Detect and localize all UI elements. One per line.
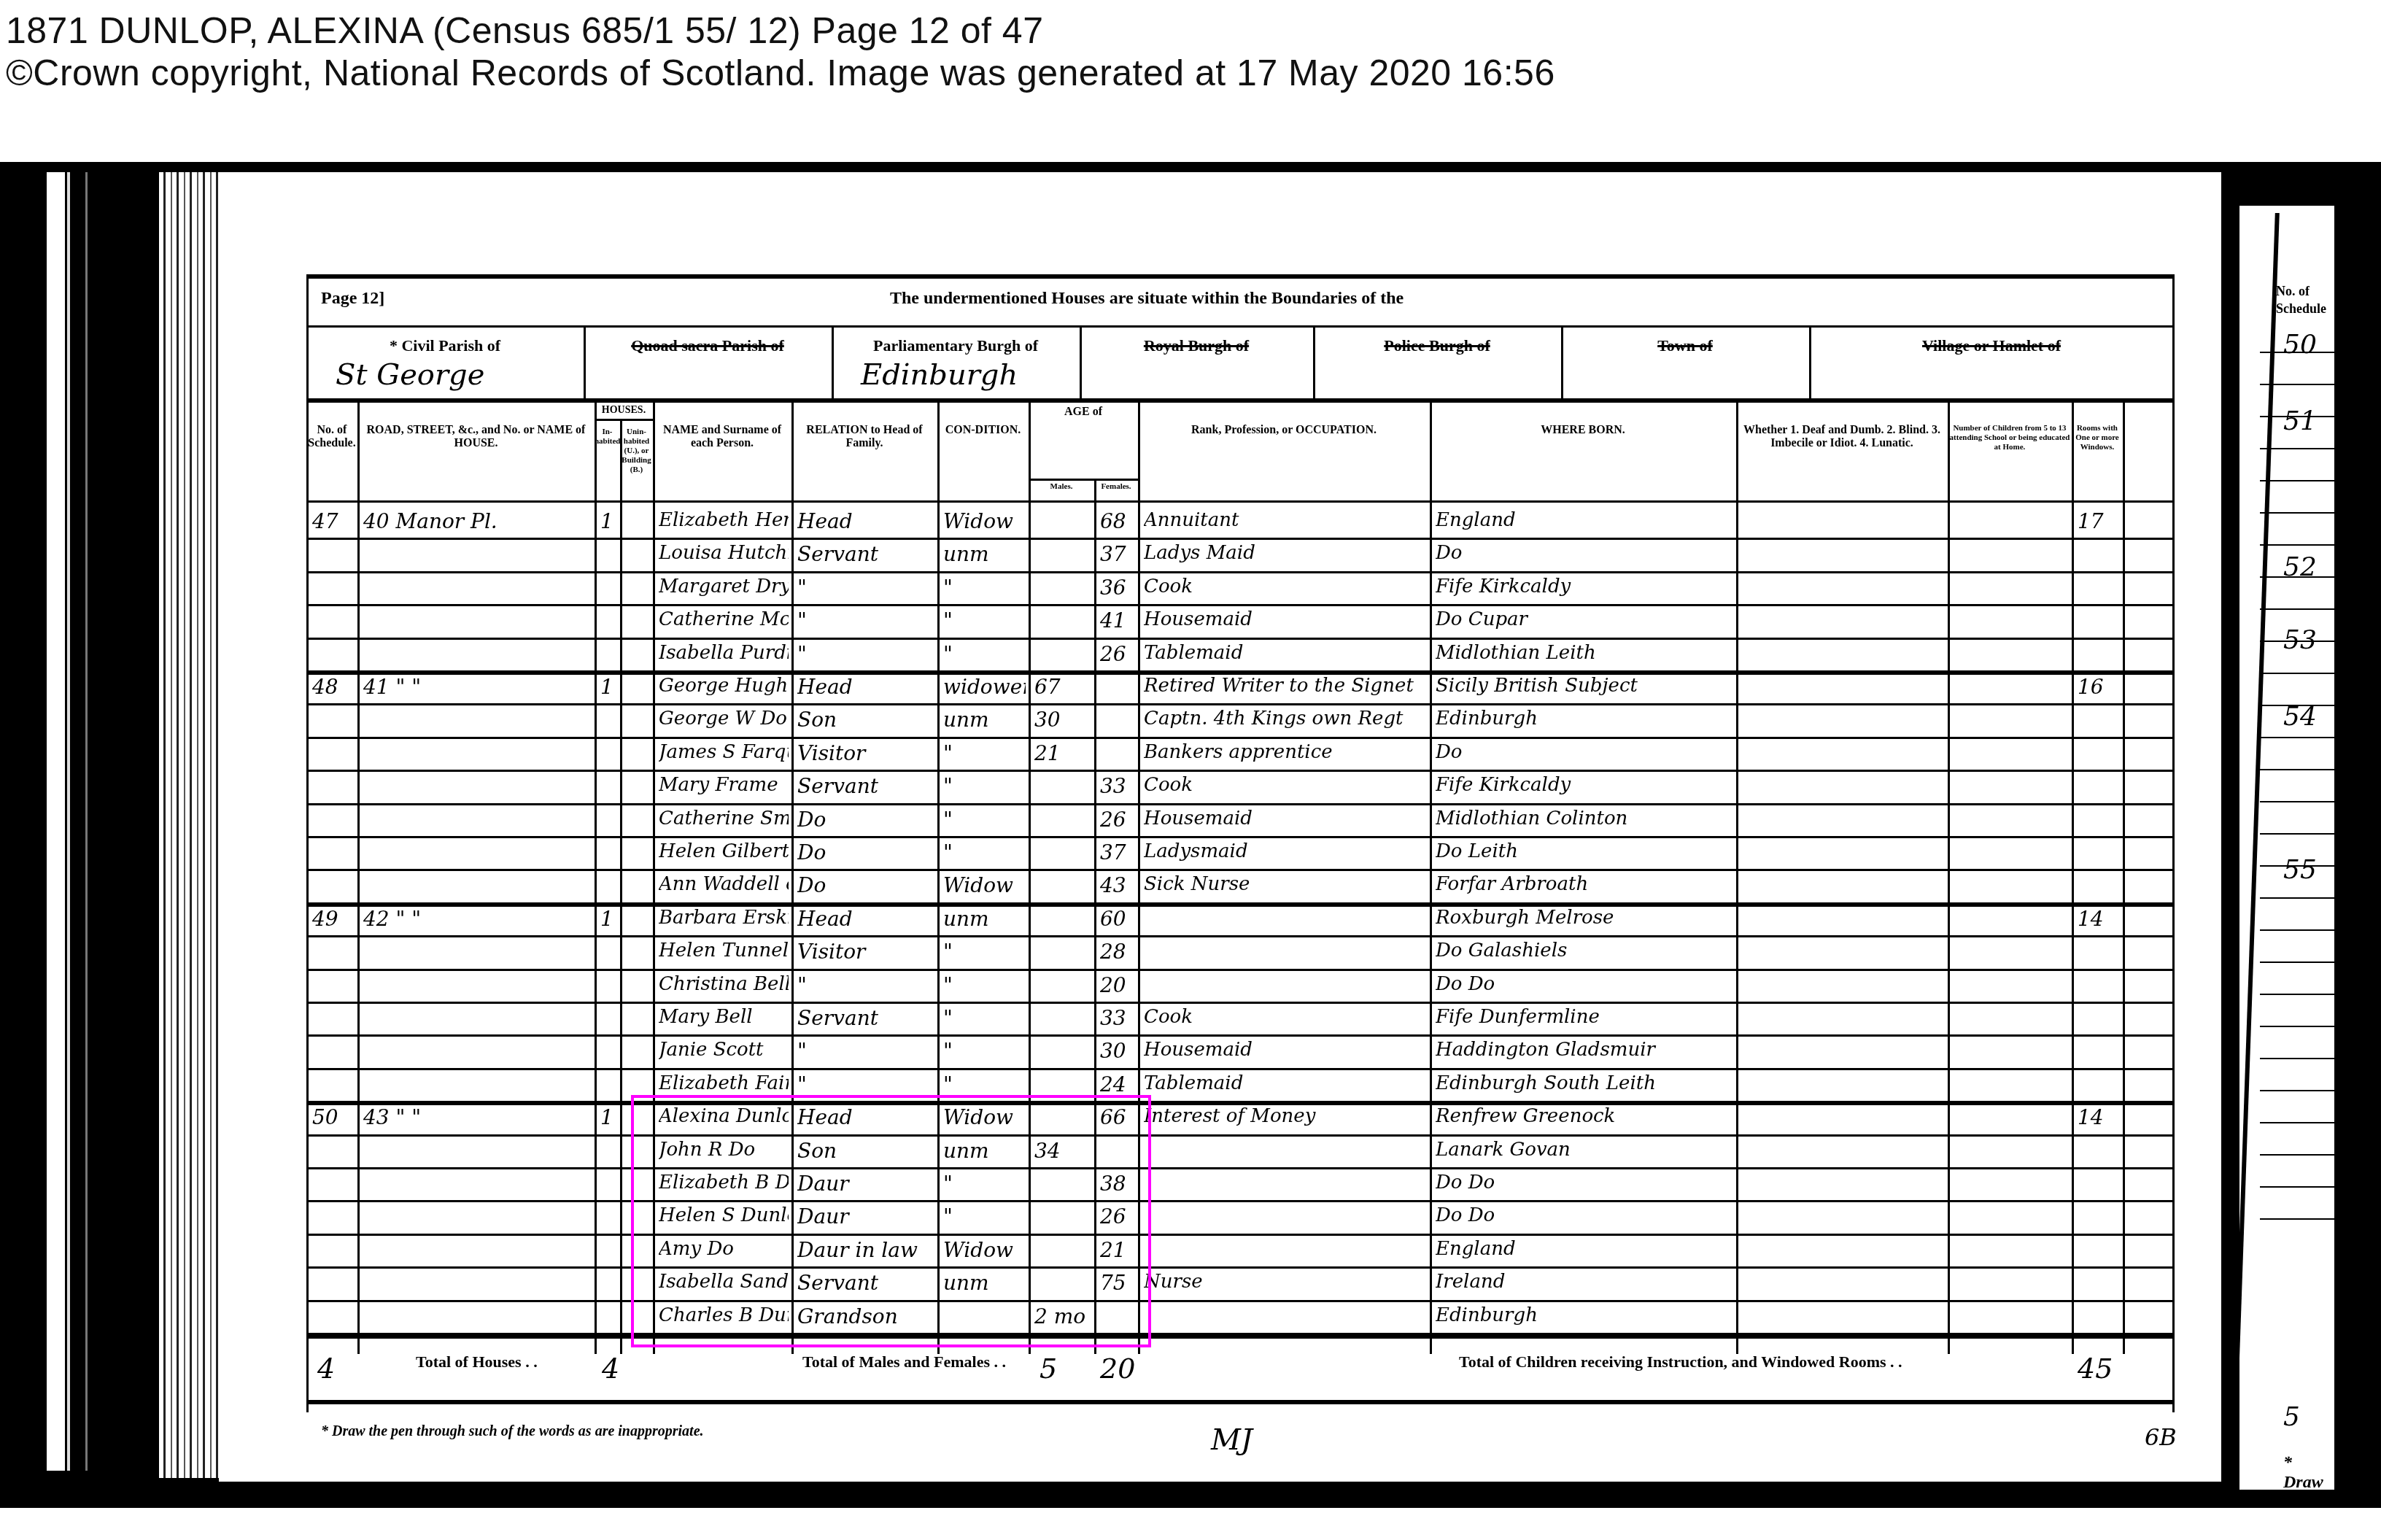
binding-strip (47, 172, 65, 1471)
cell-female-age: 37 (1100, 542, 1135, 566)
cell-condition: " (943, 576, 1026, 600)
cell-occupation: Housemaid (1144, 608, 1427, 630)
boundary-label: Quoad sacra Parish of (584, 336, 832, 355)
cell-rooms: 14 (2078, 1105, 2120, 1129)
cell-name: George W Do (659, 708, 789, 730)
cell-inhabited: 1 (600, 675, 617, 699)
cell-name: Barbara Erskine (659, 907, 789, 929)
census-row: 4841 " "1George HughesHeadwidower67Retir… (306, 672, 2174, 705)
column-header-females: Females. (1094, 482, 1138, 492)
cell-relation: Servant (797, 1271, 934, 1295)
cell-occupation: Cook (1144, 774, 1427, 796)
page-edges (159, 172, 225, 1478)
census-row: Helen Tunnell BellginVisitor"28Do Galash… (306, 937, 2174, 970)
cell-male-age: 34 (1034, 1139, 1091, 1163)
cell-where-born: Edinburgh South Leith (1436, 1072, 1733, 1094)
binding-line (67, 172, 70, 1471)
cell-where-born: Do (1436, 741, 1733, 763)
adjacent-schedule-number: 50 (2283, 330, 2317, 360)
cell-name: Charles B Dunlop (659, 1304, 789, 1326)
cell-occupation: Housemaid (1144, 1039, 1427, 1061)
cell-occupation: Sick Nurse (1144, 873, 1427, 895)
cell-relation: Do (797, 873, 934, 897)
cell-name: Elizabeth Hembigging (659, 509, 789, 531)
cell-condition: " (943, 808, 1026, 832)
cell-where-born: Forfar Arbroath (1436, 873, 1733, 895)
census-row: Catherine SmithDo"26HousemaidMidlothian … (306, 805, 2174, 837)
column-header-houses: HOUSES. (595, 404, 653, 417)
cell-condition: Widow (943, 509, 1026, 533)
boundary-label: * Civil Parish of (306, 336, 584, 355)
column-header-whether: Whether 1. Deaf and Dumb. 2. Blind. 3. I… (1736, 424, 1948, 450)
cell-schedule: 49 (312, 907, 355, 931)
cell-female-age: 21 (1100, 1238, 1135, 1262)
cell-female-age: 60 (1100, 907, 1135, 931)
cell-name: Catherine Smith (659, 808, 789, 829)
census-row: Catherine McVean""41HousemaidDo Cupar (306, 605, 2174, 638)
census-row: Helen GilbertDo"37LadysmaidDo Leith (306, 837, 2174, 870)
cell-where-born: Edinburgh (1436, 708, 1733, 730)
cell-condition: " (943, 774, 1026, 798)
column-header-occupation: Rank, Profession, or OCCUPATION. (1138, 424, 1430, 437)
cell-where-born: Do Galashiels (1436, 940, 1733, 961)
cell-male-age: 2 mo (1034, 1304, 1091, 1328)
cell-road: 41 " " (363, 675, 592, 699)
boundary-value: St George (336, 358, 484, 392)
cell-where-born: Sicily British Subject (1436, 675, 1733, 697)
cell-where-born: Edinburgh (1436, 1304, 1733, 1326)
cell-inhabited: 1 (600, 1105, 617, 1129)
cell-relation: Grandson (797, 1304, 934, 1328)
cell-female-age: 38 (1100, 1172, 1135, 1196)
cell-where-born: Fife Dunfermline (1436, 1006, 1733, 1028)
column-header-schedule: No. of Schedule. (306, 424, 357, 450)
cell-where-born: Renfrew Greenock (1436, 1105, 1733, 1127)
census-row: Isabella SandilandsServantunm75NurseIrel… (306, 1268, 2174, 1301)
cell-relation: Do (797, 840, 934, 864)
cell-female-age: 26 (1100, 642, 1135, 666)
cell-name: Mary Frame (659, 774, 789, 796)
cell-female-age: 26 (1100, 1204, 1135, 1228)
total-houses-value: 4 (602, 1353, 619, 1385)
cell-name: Margaret Drysdale (659, 576, 789, 597)
cell-where-born: Do Do (1436, 1204, 1733, 1226)
total-schedules: 4 (317, 1353, 335, 1385)
column-header-relation: RELATION to Head of Family. (791, 424, 937, 450)
cell-relation: " (797, 973, 934, 997)
cell-male-age: 67 (1034, 675, 1091, 699)
cell-relation: Head (797, 907, 934, 931)
census-row: John R DoSonunm34Lanark Govan (306, 1136, 2174, 1169)
cell-name: Louisa Hutchison (659, 542, 789, 564)
cell-relation: " (797, 1039, 934, 1063)
census-row: 5043 " "1Alexina DunlopHeadWidow66Intere… (306, 1102, 2174, 1135)
cell-occupation: Ladys Maid (1144, 542, 1427, 564)
cell-inhabited: 1 (600, 907, 617, 931)
cell-occupation: Cook (1144, 576, 1427, 597)
cell-female-age: 66 (1100, 1105, 1135, 1129)
cell-relation: Servant (797, 774, 934, 798)
cell-name: Christina Bellgin (659, 973, 789, 995)
cell-condition: Widow (943, 873, 1026, 897)
cell-name: Mary Bell (659, 1006, 789, 1028)
cell-relation: Daur (797, 1204, 934, 1228)
census-row: Isabella Purdie""26TablemaidMidlothian L… (306, 639, 2174, 672)
cell-condition: unm (943, 907, 1026, 931)
cell-condition: " (943, 741, 1026, 765)
cell-name: Helen Tunnell Bellgin (659, 940, 789, 961)
census-row: Amy DoDaur in lawWidow21England (306, 1235, 2174, 1268)
cell-condition: " (943, 1204, 1026, 1228)
binding-line (85, 172, 88, 1471)
adjacent-schedule-number: 54 (2283, 702, 2317, 732)
cell-relation: Visitor (797, 741, 934, 765)
cell-relation: Head (797, 509, 934, 533)
column-header-inhabited: In-habited. (595, 427, 620, 446)
record-title: 1871 DUNLOP, ALEXINA (Census 685/1 55/ 1… (6, 9, 1043, 53)
boundary-label: Town of (1561, 336, 1809, 355)
cell-name: Helen Gilbert (659, 840, 789, 862)
column-header-males: Males. (1029, 482, 1094, 492)
cell-relation: " (797, 1072, 934, 1096)
census-row: Ann Waddell or ScottDoWidow43Sick NurseF… (306, 870, 2174, 903)
column-header-condition: CON-DITION. (937, 424, 1029, 437)
cell-where-born: Do Do (1436, 1172, 1733, 1193)
cell-where-born: Ireland (1436, 1271, 1733, 1293)
cell-relation: " (797, 576, 934, 600)
cell-female-age: 68 (1100, 509, 1135, 533)
cell-relation: Head (797, 1105, 934, 1129)
cell-condition: unm (943, 708, 1026, 732)
census-row: 4740 Manor Pl.1Elizabeth HembiggingHeadW… (306, 506, 2174, 539)
total-males: 5 (1039, 1353, 1057, 1385)
total-children-label: Total of Children receiving Instruction,… (1459, 1353, 1902, 1371)
cell-inhabited: 1 (600, 509, 617, 533)
total-houses-label: Total of Houses . . (416, 1353, 538, 1371)
column-header-rooms: Rooms with One or more Windows. (2072, 424, 2123, 452)
column-header-where-born: WHERE BORN. (1430, 424, 1736, 437)
cell-condition: unm (943, 1271, 1026, 1295)
column-header-age: AGE of (1029, 406, 1138, 419)
census-row: George W DoSonunm30Captn. 4th Kings own … (306, 705, 2174, 738)
cell-occupation: Bankers apprentice (1144, 741, 1427, 763)
cell-name: John R Do (659, 1139, 789, 1161)
adjacent-schedule-header: No. of Schedule (2276, 282, 2334, 317)
cell-where-born: Midlothian Colinton (1436, 808, 1733, 829)
cell-condition: " (943, 840, 1026, 864)
census-scan: Page 12] The undermentioned Houses are s… (0, 162, 2381, 1508)
adjacent-schedule-number: 55 (2283, 855, 2317, 885)
census-page: Page 12] The undermentioned Houses are s… (219, 172, 2221, 1482)
cell-condition: unm (943, 542, 1026, 566)
cell-schedule: 48 (312, 675, 355, 699)
cell-name: Helen S Dunlop (659, 1204, 789, 1226)
boundary-label: Royal Burgh of (1080, 336, 1313, 355)
cell-rooms: 14 (2078, 907, 2120, 931)
cell-relation: Visitor (797, 940, 934, 964)
census-row: James S FarquharsonVisitor"21Bankers app… (306, 738, 2174, 771)
cell-where-born: Midlothian Leith (1436, 642, 1733, 664)
census-row: 4942 " "1Barbara ErskineHeadunm60Roxburg… (306, 904, 2174, 937)
cell-occupation: Nurse (1144, 1271, 1427, 1293)
cell-occupation: Housemaid (1144, 808, 1427, 829)
cell-road: 40 Manor Pl. (363, 509, 592, 533)
cell-condition: Widow (943, 1105, 1026, 1129)
cell-relation: Head (797, 675, 934, 699)
cell-condition: " (943, 1006, 1026, 1030)
page-label: Page 12] (321, 289, 384, 309)
cell-female-age: 20 (1100, 973, 1135, 997)
census-row: Helen S DunlopDaur"26Do Do (306, 1202, 2174, 1234)
cell-occupation: Retired Writer to the Signet (1144, 675, 1427, 697)
cell-rooms: 17 (2078, 509, 2120, 533)
cell-occupation: Captn. 4th Kings own Regt (1144, 708, 1427, 730)
cell-name: Alexina Dunlop (659, 1105, 789, 1127)
cell-relation: " (797, 642, 934, 666)
boundary-label: Police Burgh of (1313, 336, 1561, 355)
total-persons-label: Total of Males and Females . . (802, 1353, 1006, 1371)
cell-occupation: Interest of Money (1144, 1105, 1427, 1127)
cell-occupation: Annuitant (1144, 509, 1427, 531)
cell-name: Elizabeth Fair (659, 1072, 789, 1094)
cell-condition: unm (943, 1139, 1026, 1163)
adjacent-footnote: * Draw (2283, 1453, 2334, 1493)
cell-name: Elizabeth B Do (659, 1172, 789, 1193)
cell-condition: " (943, 608, 1026, 632)
cell-occupation: Tablemaid (1144, 1072, 1427, 1094)
cell-condition: " (943, 1172, 1026, 1196)
cell-female-age: 36 (1100, 576, 1135, 600)
cell-name: Isabella Sandilands (659, 1271, 789, 1293)
cell-road: 43 " " (363, 1105, 592, 1129)
cell-relation: Daur (797, 1172, 934, 1196)
cell-condition: " (943, 642, 1026, 666)
census-row: Elizabeth Fair""24TablemaidEdinburgh Sou… (306, 1069, 2174, 1102)
boundaries-title: The undermentioned Houses are situate wi… (890, 289, 1404, 309)
census-row: Louisa HutchisonServantunm37Ladys MaidDo (306, 539, 2174, 572)
cell-occupation: Tablemaid (1144, 642, 1427, 664)
cell-condition: " (943, 973, 1026, 997)
cell-where-born: England (1436, 1238, 1733, 1260)
cell-relation: Son (797, 708, 934, 732)
boundary-label: Parliamentary Burgh of (832, 336, 1080, 355)
enumerator-initials: MJ (1211, 1423, 1253, 1457)
cell-relation: Daur in law (797, 1238, 934, 1262)
cell-schedule: 47 (312, 509, 355, 533)
cell-female-age: 26 (1100, 808, 1135, 832)
cell-where-born: Fife Kirkcaldy (1436, 774, 1733, 796)
cell-where-born: Do Do (1436, 973, 1733, 995)
total-rooms: 45 (2078, 1353, 2113, 1385)
cell-female-age: 33 (1100, 1006, 1135, 1030)
cell-rooms: 16 (2078, 675, 2120, 699)
cell-where-born: Fife Kirkcaldy (1436, 576, 1733, 597)
cell-name: Catherine McVean (659, 608, 789, 630)
census-form: Page 12] The undermentioned Houses are s… (306, 274, 2174, 1456)
cell-where-born: Haddington Gladsmuir (1436, 1039, 1733, 1061)
cell-condition: " (943, 1039, 1026, 1063)
cell-road: 42 " " (363, 907, 592, 931)
cell-name: Janie Scott (659, 1039, 789, 1061)
census-row: Mary FrameServant"33CookFife Kirkcaldy (306, 771, 2174, 804)
column-header-road: ROAD, STREET, &c., and No. or NAME of HO… (357, 424, 595, 450)
cell-name: Isabella Purdie (659, 642, 789, 664)
column-header-children: Number of Children from 5 to 13 attendin… (1948, 424, 2072, 452)
cell-female-age: 43 (1100, 873, 1135, 897)
copyright-notice: ©Crown copyright, National Records of Sc… (6, 51, 1555, 95)
adjacent-schedule-number: 51 (2283, 406, 2317, 436)
cell-name: Ann Waddell or Scott (659, 873, 789, 895)
adjacent-total: 5 (2283, 1402, 2300, 1432)
cell-female-age: 24 (1100, 1072, 1135, 1096)
census-row: Janie Scott""30HousemaidHaddington Glads… (306, 1036, 2174, 1069)
cell-relation: Do (797, 808, 934, 832)
cell-name: James S Farquharson (659, 741, 789, 763)
cell-relation: " (797, 608, 934, 632)
cell-male-age: 30 (1034, 708, 1091, 732)
boundary-value: Edinburgh (861, 358, 1018, 392)
cell-relation: Son (797, 1139, 934, 1163)
cell-name: Amy Do (659, 1238, 789, 1260)
adjacent-page: No. of Schedule 5051525354555 * Draw (2239, 206, 2334, 1490)
column-header-uninhabited: Unin-habited (U.), or Building (B.) (620, 427, 653, 475)
cell-where-born: Lanark Govan (1436, 1139, 1733, 1161)
footnote: * Draw the pen through such of the words… (321, 1423, 704, 1440)
census-row: Elizabeth B DoDaur"38Do Do (306, 1169, 2174, 1202)
page-mark: 6B (2145, 1423, 2177, 1451)
cell-where-born: Do Leith (1436, 840, 1733, 862)
census-row: Christina Bellgin""20Do Do (306, 970, 2174, 1003)
boundary-label: Village or Hamlet of (1809, 336, 2174, 355)
census-row: Mary BellServant"33CookFife Dunfermline (306, 1003, 2174, 1036)
cell-where-born: Roxburgh Melrose (1436, 907, 1733, 929)
cell-schedule: 50 (312, 1105, 355, 1129)
cell-male-age: 21 (1034, 741, 1091, 765)
cell-female-age: 30 (1100, 1039, 1135, 1063)
cell-relation: Servant (797, 1006, 934, 1030)
census-row: Margaret Drysdale""36CookFife Kirkcaldy (306, 573, 2174, 605)
cell-occupation: Ladysmaid (1144, 840, 1427, 862)
cell-relation: Servant (797, 542, 934, 566)
cell-female-age: 28 (1100, 940, 1135, 964)
cell-where-born: Do (1436, 542, 1733, 564)
cell-where-born: England (1436, 509, 1733, 531)
cell-occupation: Cook (1144, 1006, 1427, 1028)
total-females: 20 (1100, 1353, 1135, 1385)
cell-condition: " (943, 1072, 1026, 1096)
cell-where-born: Do Cupar (1436, 608, 1733, 630)
cell-female-age: 33 (1100, 774, 1135, 798)
cell-female-age: 37 (1100, 840, 1135, 864)
cell-female-age: 75 (1100, 1271, 1135, 1295)
census-row: Charles B DunlopGrandson2 moEdinburgh (306, 1301, 2174, 1334)
cell-condition: Widow (943, 1238, 1026, 1262)
cell-female-age: 41 (1100, 608, 1135, 632)
cell-condition: widower (943, 675, 1026, 699)
cell-name: George Hughes (659, 675, 789, 697)
column-header-name: NAME and Surname of each Person. (653, 424, 791, 450)
cell-condition: " (943, 940, 1026, 964)
